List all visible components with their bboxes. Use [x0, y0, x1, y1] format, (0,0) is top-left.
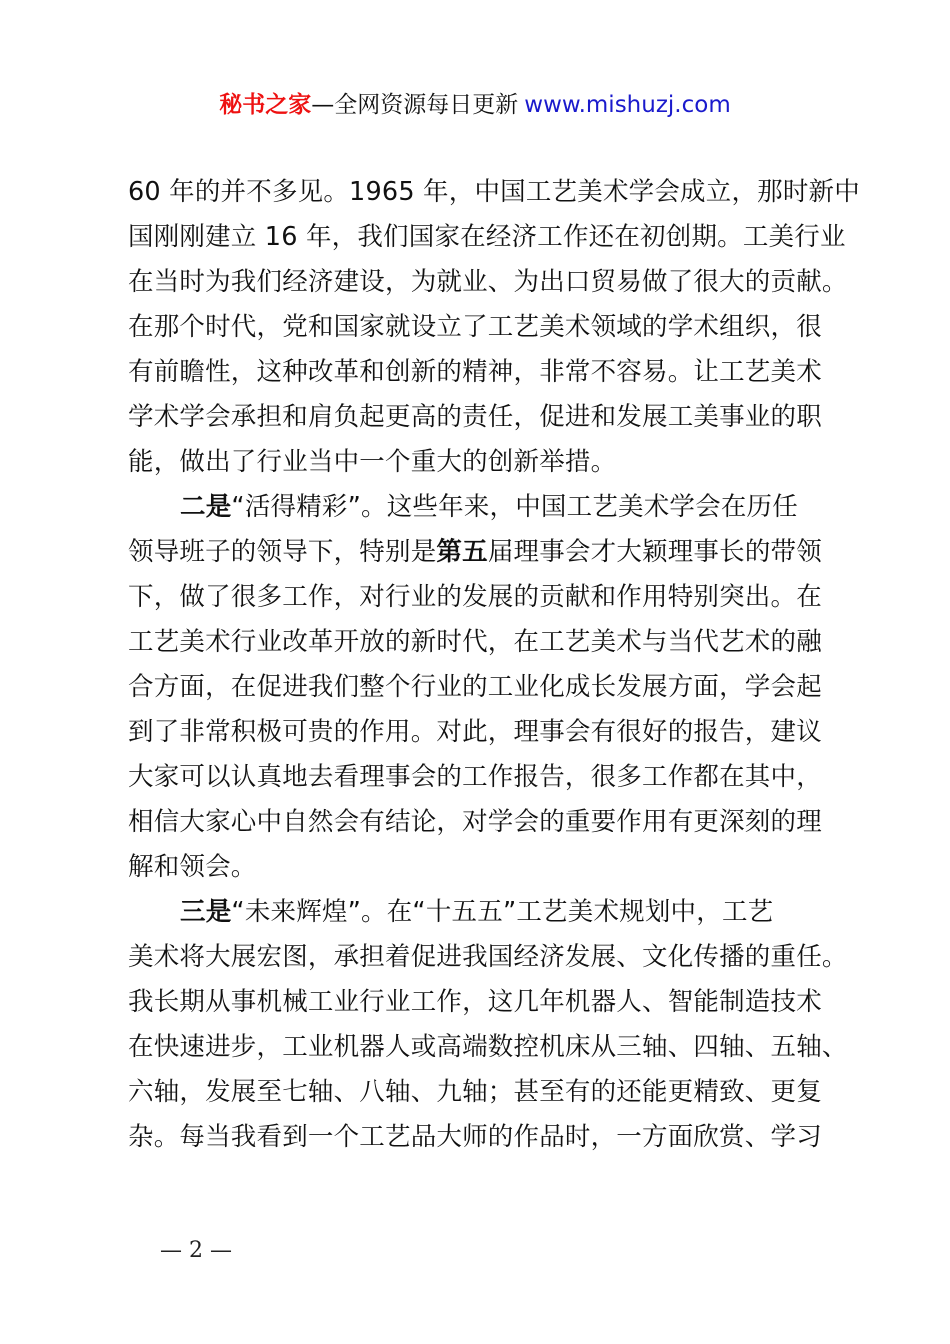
text-line: 到了非常积极可贵的作用。对此，理事会有很好的报告，建议	[128, 710, 840, 755]
text-span: “活得精彩”。这些年来，中国工艺美术学会在历任	[231, 492, 798, 522]
text-span: 届理事会才大颖理事长的带领	[488, 537, 822, 567]
point-label: 三是	[180, 897, 231, 927]
text-line: 在快速进步，工业机器人或高端数控机床从三轴、四轴、五轴、	[128, 1025, 840, 1070]
text-line: 美术将大展宏图，承担着促进我国经济发展、文化传播的重任。	[128, 935, 840, 980]
paragraph-3-lead-line: 三是“未来辉煌”。在“十五五”工艺美术规划中，工艺	[128, 890, 840, 935]
point-label: 二是	[180, 492, 231, 522]
text-line: 合方面，在促进我们整个行业的工业化成长发展方面，学会起	[128, 665, 840, 710]
text-line: 我长期从事机械工业行业工作，这几年机器人、智能制造技术	[128, 980, 840, 1025]
paragraph-1: 60 年的并不多见。1965 年，中国工艺美术学会成立，那时新中 国刚刚建立 1…	[128, 170, 840, 485]
text-line: 相信大家心中自然会有结论，对学会的重要作用有更深刻的理	[128, 800, 840, 845]
text-line: 在当时为我们经济建设，为就业、为出口贸易做了很大的贡献。	[128, 260, 840, 305]
text-span: 领导班子的领导下，特别是	[128, 537, 436, 567]
text-line: 领导班子的领导下，特别是第五届理事会才大颖理事长的带领	[128, 530, 840, 575]
text-line: 六轴，发展至七轴、八轴、九轴；甚至有的还能更精致、更复	[128, 1070, 840, 1115]
text-span: “未来辉煌”。在“十五五”工艺美术规划中，工艺	[231, 897, 773, 927]
page-number: — 2 —	[160, 1238, 232, 1263]
bold-term: 第五	[436, 537, 487, 567]
text-line: 大家可以认真地去看理事会的工作报告，很多工作都在其中，	[128, 755, 840, 800]
header-slogan: —全网资源每日更新	[311, 92, 518, 118]
document-body: 60 年的并不多见。1965 年，中国工艺美术学会成立，那时新中 国刚刚建立 1…	[128, 170, 840, 1160]
text-line: 下，做了很多工作，对行业的发展的贡献和作用特别突出。在	[128, 575, 840, 620]
text-line: 在那个时代，党和国家就设立了工艺美术领域的学术组织，很	[128, 305, 840, 350]
text-line: 60 年的并不多见。1965 年，中国工艺美术学会成立，那时新中	[128, 170, 840, 215]
text-line: 解和领会。	[128, 845, 840, 890]
text-line: 有前瞻性，这种改革和创新的精神，非常不容易。让工艺美术	[128, 350, 840, 395]
text-line: 工艺美术行业改革开放的新时代，在工艺美术与当代艺术的融	[128, 620, 840, 665]
text-line: 学术学会承担和肩负起更高的责任，促进和发展工美事业的职	[128, 395, 840, 440]
brand-name: 秘书之家	[219, 92, 311, 118]
paragraph-2-lead-line: 二是“活得精彩”。这些年来，中国工艺美术学会在历任	[128, 485, 840, 530]
text-line: 杂。每当我看到一个工艺品大师的作品时，一方面欣赏、学习	[128, 1115, 840, 1160]
site-url-link[interactable]: www.mishuzj.com	[524, 92, 730, 118]
paragraph-3: 三是“未来辉煌”。在“十五五”工艺美术规划中，工艺 美术将大展宏图，承担着促进我…	[128, 890, 840, 1160]
text-line: 能，做出了行业当中一个重大的创新举措。	[128, 440, 840, 485]
site-header: 秘书之家—全网资源每日更新www.mishuzj.com	[0, 88, 950, 122]
paragraph-2: 二是“活得精彩”。这些年来，中国工艺美术学会在历任 领导班子的领导下，特别是第五…	[128, 485, 840, 890]
text-line: 国刚刚建立 16 年，我们国家在经济工作还在初创期。工美行业	[128, 215, 840, 260]
